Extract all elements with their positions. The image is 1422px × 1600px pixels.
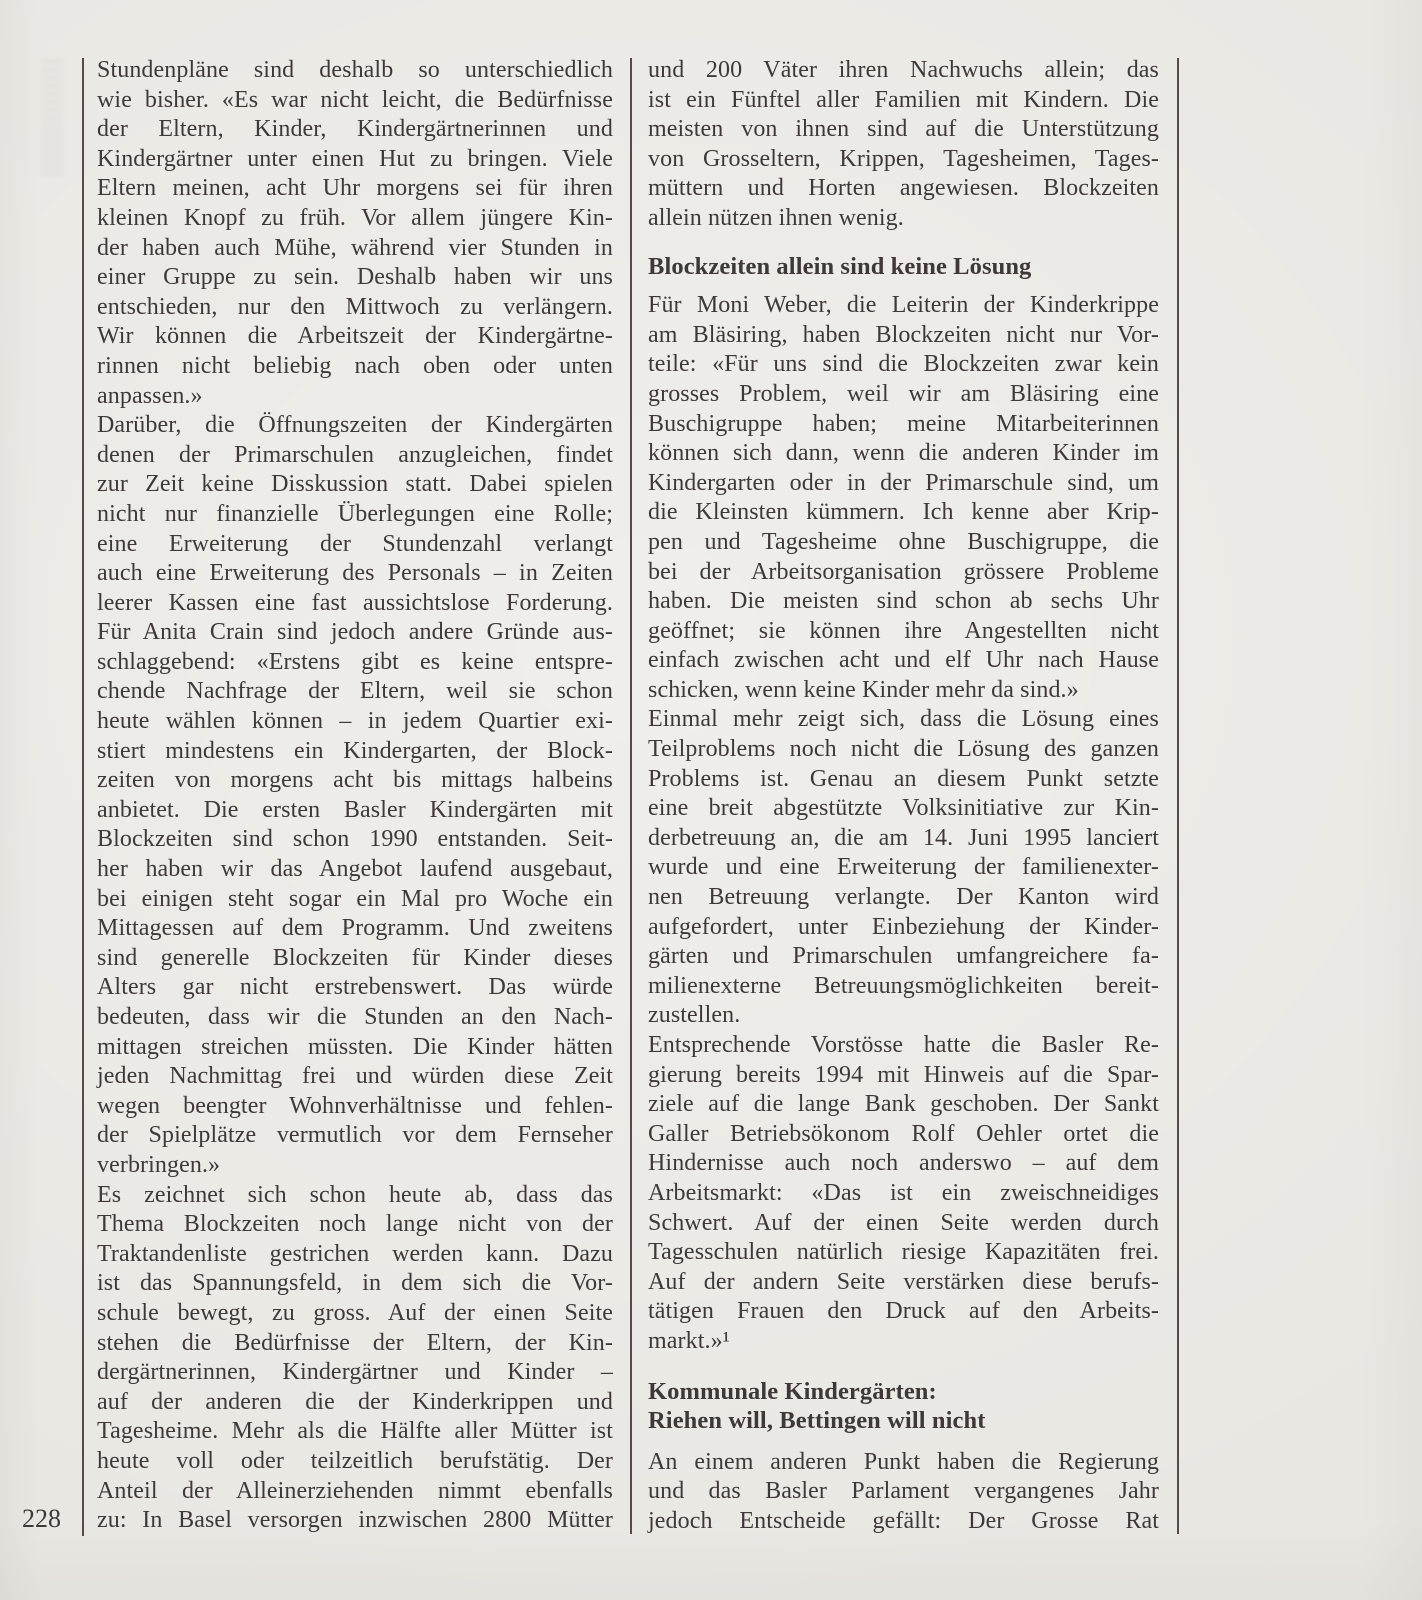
text-line: Alters gar nicht erstrebenswert. Das wür… bbox=[97, 973, 613, 1003]
text-line: schlaggebend: «Erstens gibt es keine ent… bbox=[97, 648, 613, 678]
text-line: Problems ist. Genau an diesem Punkt setz… bbox=[648, 765, 1159, 795]
text-line: können sich dann, wenn die anderen Kinde… bbox=[648, 439, 1159, 469]
text-line: Es zeichnet sich schon heute ab, dass da… bbox=[97, 1181, 613, 1211]
text-line: der Spielplätze vermutlich vor dem Ferns… bbox=[97, 1121, 613, 1151]
text-line: Auf der andern Seite verstärken diese be… bbox=[648, 1268, 1159, 1298]
text-line: milienexterne Betreuungsmöglichkeiten be… bbox=[648, 972, 1159, 1002]
text-line: chende Nachfrage der Eltern, weil sie sc… bbox=[97, 677, 613, 707]
text-line: Thema Blockzeiten noch lange nicht von d… bbox=[97, 1210, 613, 1240]
text-line: Darüber, die Öffnungszeiten der Kindergä… bbox=[97, 411, 613, 441]
text-line: Galler Betriebsökonom Rolf Oehler ortet … bbox=[648, 1120, 1159, 1150]
text-line: kleinen Knopf zu früh. Vor allem jüngere… bbox=[97, 204, 613, 234]
text-line: und 200 Väter ihren Nachwuchs allein; da… bbox=[648, 56, 1159, 86]
text-line: Teilproblems noch nicht die Lösung des g… bbox=[648, 735, 1159, 765]
text-line: stiert mindestens ein Kindergarten, der … bbox=[97, 737, 613, 767]
paragraph-spacer bbox=[648, 281, 1159, 291]
text-line: auch eine Erweiterung des Personals – in… bbox=[97, 559, 613, 589]
text-line: mittagen streichen müssten. Die Kinder h… bbox=[97, 1033, 613, 1063]
text-line: zustellen. bbox=[648, 1001, 1159, 1031]
text-line: wegen beengter Wohnverhältnisse und fehl… bbox=[97, 1092, 613, 1122]
text-line: pen und Tagesheime ohne Buschigruppe, di… bbox=[648, 528, 1159, 558]
text-line: teile: «Für uns sind die Blockzeiten zwa… bbox=[648, 350, 1159, 380]
text-line: Anteil der Alleinerziehenden nimmt ebenf… bbox=[97, 1477, 613, 1507]
text-line: sind generelle Blockzeiten für Kinder di… bbox=[97, 944, 613, 974]
text-line: Arbeitsmarkt: «Das ist ein zweischneidig… bbox=[648, 1179, 1159, 1209]
text-column-left: Stundenpläne sind deshalb so unterschied… bbox=[97, 56, 613, 1536]
text-line: geöffnet; sie können ihre Angestellten n… bbox=[648, 617, 1159, 647]
text-line: Blockzeiten sind schon 1990 entstanden. … bbox=[97, 825, 613, 855]
heading-line: Blockzeiten allein sind keine Lösung bbox=[648, 252, 1159, 282]
text-line: am Bläsiring, haben Blockzeiten nicht nu… bbox=[648, 321, 1159, 351]
text-line: allein nützen ihnen wenig. bbox=[648, 204, 1159, 234]
text-line: Einmal mehr zeigt sich, dass die Lösung … bbox=[648, 705, 1159, 735]
text-line: Traktandenliste gestrichen werden kann. … bbox=[97, 1240, 613, 1270]
text-line: einer Gruppe zu sein. Deshalb haben wir … bbox=[97, 263, 613, 293]
text-line: Tagesschulen natürlich riesige Kapazität… bbox=[648, 1238, 1159, 1268]
text-line: leerer Kassen eine fast aussichtslose Fo… bbox=[97, 589, 613, 619]
text-line: anbietet. Die ersten Basler Kindergärten… bbox=[97, 796, 613, 826]
text-line: heute voll oder teilzeitlich berufstätig… bbox=[97, 1447, 613, 1477]
text-line: müttern und Horten angewiesen. Blockzeit… bbox=[648, 174, 1159, 204]
column-divider-rule bbox=[630, 58, 632, 1534]
text-line: Tagesheime. Mehr als die Hälfte aller Mü… bbox=[97, 1417, 613, 1447]
text-line: wurde und eine Erweiterung der familiene… bbox=[648, 853, 1159, 883]
text-line: jedoch Entscheide gefällt: Der Grosse Ra… bbox=[648, 1507, 1159, 1537]
right-margin-rule bbox=[1177, 58, 1179, 1534]
text-line: derbetreuung an, die am 14. Juni 1995 la… bbox=[648, 824, 1159, 854]
text-line: Kindergarten oder in der Primarschule si… bbox=[648, 469, 1159, 499]
text-line: von Grosseltern, Krippen, Tagesheimen, T… bbox=[648, 145, 1159, 175]
text-line: meisten von ihnen sind auf die Unterstüt… bbox=[648, 115, 1159, 145]
text-line: zeiten von morgens acht bis mittags halb… bbox=[97, 766, 613, 796]
text-line: nicht nur finanzielle Überlegungen eine … bbox=[97, 500, 613, 530]
text-line: bei einigen steht sogar ein Mal pro Woch… bbox=[97, 885, 613, 915]
text-line: Mittagessen auf dem Programm. Und zweite… bbox=[97, 914, 613, 944]
text-line: verbringen.» bbox=[97, 1151, 613, 1181]
text-line: wie bisher. «Es war nicht leicht, die Be… bbox=[97, 86, 613, 116]
text-line: gärten und Primarschulen umfangreichere … bbox=[648, 942, 1159, 972]
text-line: entschieden, nur den Mittwoch zu verläng… bbox=[97, 293, 613, 323]
text-line: haben. Die meisten sind schon ab sechs U… bbox=[648, 587, 1159, 617]
left-margin-rule bbox=[82, 58, 84, 1536]
text-line: ist das Spannungsfeld, in dem sich die V… bbox=[97, 1269, 613, 1299]
text-line: tätigen Frauen den Druck auf den Arbeits… bbox=[648, 1297, 1159, 1327]
text-line: her haben wir das Angebot laufend ausgeb… bbox=[97, 855, 613, 885]
scanned-document-page: Stundenpläne sind deshalb so unterschied… bbox=[0, 0, 1422, 1600]
page-bleed-artifact bbox=[40, 60, 64, 175]
text-line: der Eltern, Kinder, Kindergärtnerinnen u… bbox=[97, 115, 613, 145]
text-line: der haben auch Mühe, während vier Stunde… bbox=[97, 234, 613, 264]
text-line: ist ein Fünftel aller Familien mit Kinde… bbox=[648, 86, 1159, 116]
text-line: heute wählen können – in jedem Quartier … bbox=[97, 707, 613, 737]
text-line: aufgefordert, unter Einbeziehung der Kin… bbox=[648, 913, 1159, 943]
text-column-right: und 200 Väter ihren Nachwuchs allein; da… bbox=[648, 56, 1159, 1537]
text-line: Stundenpläne sind deshalb so unterschied… bbox=[97, 56, 613, 86]
text-line: An einem anderen Punkt haben die Regieru… bbox=[648, 1448, 1159, 1478]
paragraph-spacer bbox=[648, 234, 1159, 252]
text-line: Eltern meinen, acht Uhr morgens sei für … bbox=[97, 174, 613, 204]
heading-line: Riehen will, Bettingen will nicht bbox=[648, 1406, 1159, 1436]
text-line: die Kleinsten kümmern. Ich kenne aber Kr… bbox=[648, 498, 1159, 528]
text-line: anpassen.» bbox=[97, 382, 613, 412]
text-line: schule bewegt, zu gross. Auf der einen S… bbox=[97, 1299, 613, 1329]
text-line: dergärtnerinnen, Kindergärtner und Kinde… bbox=[97, 1358, 613, 1388]
text-line: einfach zwischen acht und elf Uhr nach H… bbox=[648, 646, 1159, 676]
text-line: Für Anita Crain sind jedoch andere Gründ… bbox=[97, 618, 613, 648]
text-line: Hindernisse auch noch anderswo – auf dem bbox=[648, 1149, 1159, 1179]
text-line: jeden Nachmittag frei und würden diese Z… bbox=[97, 1062, 613, 1092]
text-line: zur Zeit keine Disskussion statt. Dabei … bbox=[97, 470, 613, 500]
text-line: Wir können die Arbeitszeit der Kindergär… bbox=[97, 322, 613, 352]
text-line: grosses Problem, weil wir am Bläsiring e… bbox=[648, 380, 1159, 410]
text-line: Für Moni Weber, die Leiterin der Kinderk… bbox=[648, 291, 1159, 321]
heading-line: Kommunale Kindergärten: bbox=[648, 1377, 1159, 1407]
text-line: und das Basler Parlament vergangenes Jah… bbox=[648, 1477, 1159, 1507]
paragraph-spacer bbox=[648, 1357, 1159, 1377]
text-line: gierung bereits 1994 mit Hinweis auf die… bbox=[648, 1061, 1159, 1091]
text-line: denen der Primarschulen anzugleichen, fi… bbox=[97, 441, 613, 471]
text-line: eine Erweiterung der Stundenzahl verlang… bbox=[97, 530, 613, 560]
text-line: Buschigruppe haben; meine Mitarbeiterinn… bbox=[648, 410, 1159, 440]
text-line: bedeuten, dass wir die Stunden an den Na… bbox=[97, 1003, 613, 1033]
text-line: Kindergärtner unter einen Hut zu bringen… bbox=[97, 145, 613, 175]
text-line: schicken, wenn keine Kinder mehr da sind… bbox=[648, 676, 1159, 706]
text-line: ziele auf die lange Bank geschoben. Der … bbox=[648, 1090, 1159, 1120]
text-line: markt.»¹ bbox=[648, 1327, 1159, 1357]
paragraph-spacer bbox=[648, 1436, 1159, 1448]
text-line: stehen die Bedürfnisse der Eltern, der K… bbox=[97, 1329, 613, 1359]
page-number: 228 bbox=[22, 1504, 61, 1534]
text-line: auf der anderen die der Kinderkrippen un… bbox=[97, 1388, 613, 1418]
text-line: eine breit abgestützte Volksinitiative z… bbox=[648, 794, 1159, 824]
text-line: Entsprechende Vorstösse hatte die Basler… bbox=[648, 1031, 1159, 1061]
text-line: Schwert. Auf der einen Seite werden durc… bbox=[648, 1209, 1159, 1239]
text-line: bei der Arbeitsorganisation grössere Pro… bbox=[648, 558, 1159, 588]
text-line: zu: In Basel versorgen inzwischen 2800 M… bbox=[97, 1506, 613, 1536]
text-line: nen Betreuung verlangte. Der Kanton wird bbox=[648, 883, 1159, 913]
text-line: rinnen nicht beliebig nach oben oder unt… bbox=[97, 352, 613, 382]
